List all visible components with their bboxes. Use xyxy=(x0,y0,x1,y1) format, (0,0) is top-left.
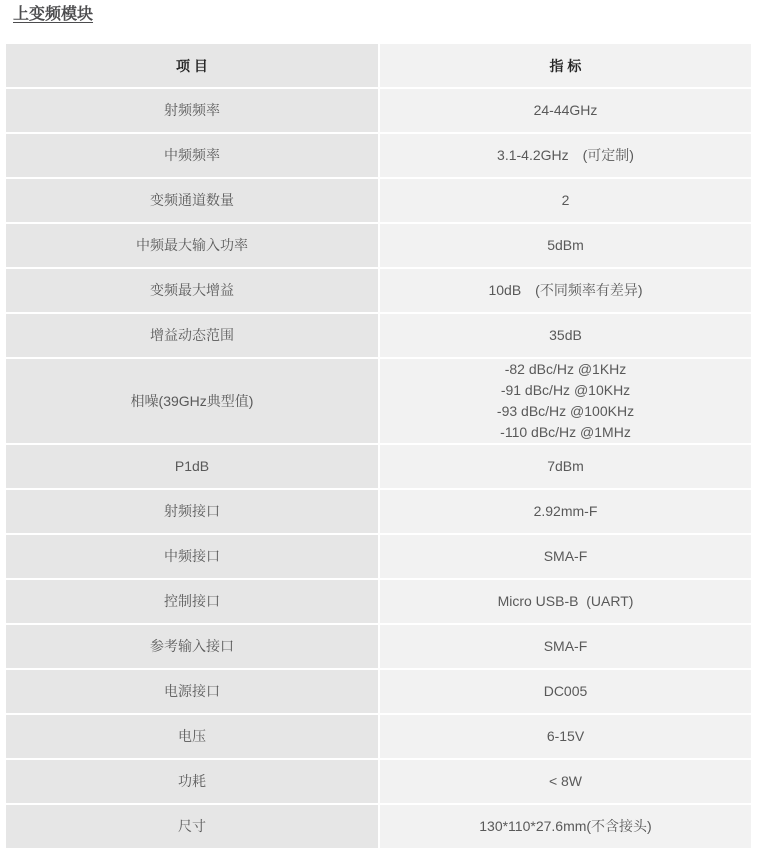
spec-value-cell: -82 dBc/Hz @1KHz -91 dBc/Hz @10KHz -93 d… xyxy=(380,359,751,443)
header-row: 项 目 指 标 xyxy=(6,44,751,87)
spec-table-header: 项 目 指 标 xyxy=(6,44,751,87)
spec-item-cell: 电源接口 xyxy=(6,670,378,713)
column-header-item: 项 目 xyxy=(6,44,378,87)
spec-value-cell: < 8W xyxy=(380,760,751,803)
spec-value-cell: DC005 xyxy=(380,670,751,713)
table-row: 电源接口 DC005 xyxy=(6,670,751,713)
spec-value-cell: SMA-F xyxy=(380,625,751,668)
spec-value-cell: 2 xyxy=(380,179,751,222)
spec-item-cell: 参考输入接口 xyxy=(6,625,378,668)
page-title: 上变频模块 xyxy=(13,5,93,25)
table-row: 中频最大输入功率 5dBm xyxy=(6,224,751,267)
spec-item-cell: 尺寸 xyxy=(6,805,378,848)
spec-item-cell: 变频通道数量 xyxy=(6,179,378,222)
spec-item-cell: 中频接口 xyxy=(6,535,378,578)
column-header-value: 指 标 xyxy=(380,44,751,87)
spec-value-cell: 7dBm xyxy=(380,445,751,488)
spec-value-cell: 35dB xyxy=(380,314,751,357)
spec-value-cell: 5dBm xyxy=(380,224,751,267)
spec-value-cell: 24-44GHz xyxy=(380,89,751,132)
spec-item-cell: 功耗 xyxy=(6,760,378,803)
table-row: 中频频率 3.1-4.2GHz (可定制) xyxy=(6,134,751,177)
table-row: 中频接口 SMA-F xyxy=(6,535,751,578)
spec-item-cell: 电压 xyxy=(6,715,378,758)
spec-table-body: 射频频率 24-44GHz 中频频率 3.1-4.2GHz (可定制) 变频通道… xyxy=(6,89,751,848)
table-row: 电压 6-15V xyxy=(6,715,751,758)
table-row: 控制接口 Micro USB-B (UART) xyxy=(6,580,751,623)
spec-item-cell: 变频最大增益 xyxy=(6,269,378,312)
table-row: 射频频率 24-44GHz xyxy=(6,89,751,132)
table-row: 尺寸 130*110*27.6mm(不含接头) xyxy=(6,805,751,848)
spec-item-cell: 射频频率 xyxy=(6,89,378,132)
table-row: 增益动态范围 35dB xyxy=(6,314,751,357)
table-row: 变频最大增益 10dB (不同频率有差异) xyxy=(6,269,751,312)
spec-value-cell: 2.92mm-F xyxy=(380,490,751,533)
table-row: 射频接口 2.92mm-F xyxy=(6,490,751,533)
spec-value-cell: 3.1-4.2GHz (可定制) xyxy=(380,134,751,177)
table-row: 功耗 < 8W xyxy=(6,760,751,803)
spec-value-cell: 130*110*27.6mm(不含接头) xyxy=(380,805,751,848)
spec-item-cell: 相噪(39GHz典型值) xyxy=(6,359,378,443)
spec-item-cell: 控制接口 xyxy=(6,580,378,623)
spec-item-cell: 中频频率 xyxy=(6,134,378,177)
spec-value-cell: Micro USB-B (UART) xyxy=(380,580,751,623)
spec-table: 项 目 指 标 射频频率 24-44GHz 中频频率 3.1-4.2GHz (可… xyxy=(4,42,753,850)
spec-value-cell: 10dB (不同频率有差异) xyxy=(380,269,751,312)
spec-page: 上变频模块 项 目 指 标 射频频率 24-44GHz 中频频率 3.1-4.2… xyxy=(0,0,771,859)
spec-item-cell: 射频接口 xyxy=(6,490,378,533)
table-row: P1dB 7dBm xyxy=(6,445,751,488)
spec-value-cell: SMA-F xyxy=(380,535,751,578)
spec-item-cell: 增益动态范围 xyxy=(6,314,378,357)
table-row: 变频通道数量 2 xyxy=(6,179,751,222)
spec-item-cell: 中频最大输入功率 xyxy=(6,224,378,267)
spec-value-cell: 6-15V xyxy=(380,715,751,758)
table-row: 参考输入接口 SMA-F xyxy=(6,625,751,668)
spec-item-cell: P1dB xyxy=(6,445,378,488)
table-row: 相噪(39GHz典型值) -82 dBc/Hz @1KHz -91 dBc/Hz… xyxy=(6,359,751,443)
